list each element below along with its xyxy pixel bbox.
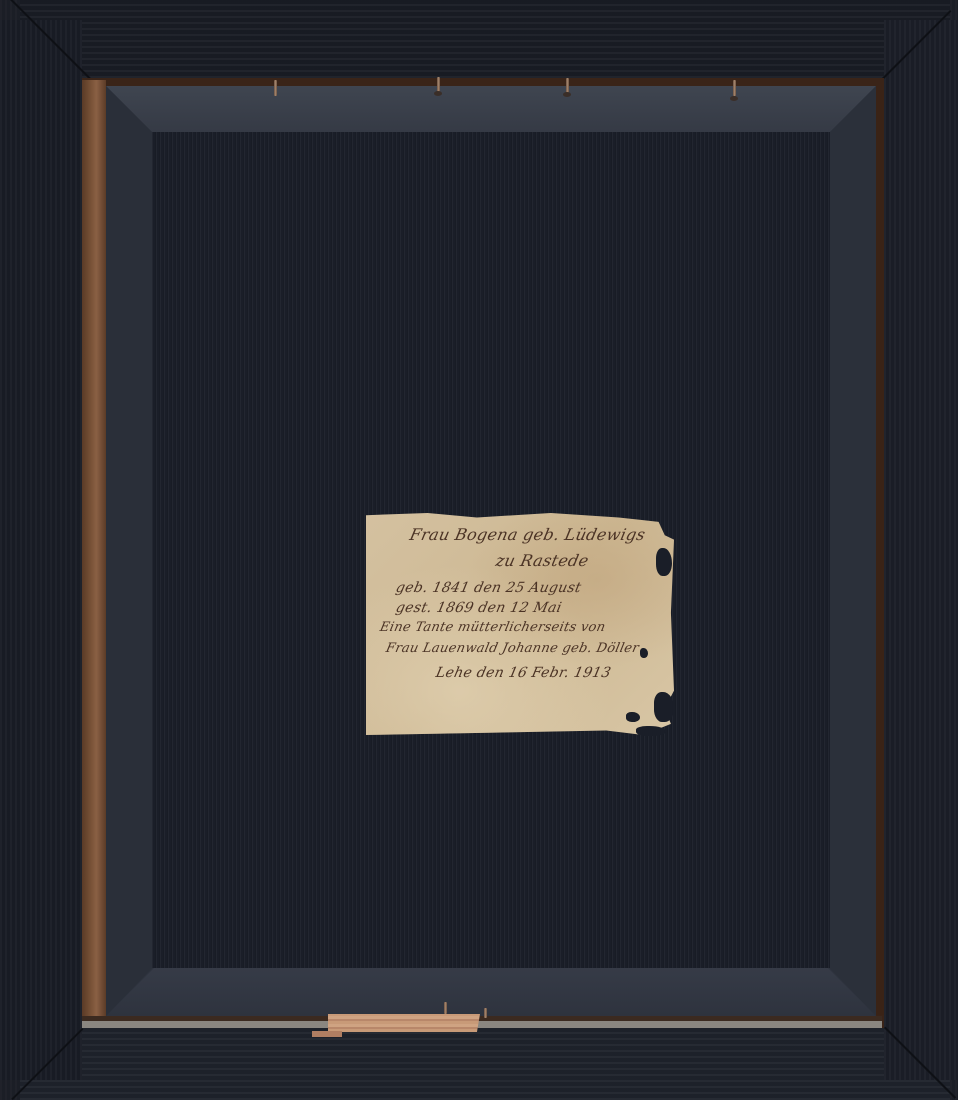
nail-icon (444, 1002, 447, 1014)
label-line-died: gest. 1869 den 12 Mai (394, 600, 563, 616)
frame-rail-top (20, 0, 950, 78)
paper-damage (636, 726, 666, 736)
backing-bevel-right (830, 86, 876, 1016)
paper-damage (640, 648, 648, 658)
paper-damage (654, 692, 674, 722)
nail-icon (484, 1008, 487, 1018)
rebate-raw-wood-left (82, 80, 106, 1025)
nail-icon (274, 80, 277, 96)
backing-bevel-left (106, 86, 152, 1016)
rebate-raw-wood-right (876, 90, 884, 1015)
nail-head (434, 91, 442, 96)
nail-head (563, 92, 571, 97)
wood-shim (328, 1014, 480, 1032)
label-line-relative: Frau Lauenwald Johanne geb. Döller (384, 641, 640, 656)
rebate-bottom-edge (82, 1016, 882, 1028)
wood-chip (312, 1031, 342, 1037)
paper-damage (656, 548, 672, 576)
backing-bevel-top (106, 86, 876, 132)
frame-rail-right (884, 20, 958, 1080)
handwritten-label: Frau Bogena geb. Lüdewigs zu Rastede geb… (366, 513, 674, 735)
label-line-name: Frau Bogena geb. Lüdewigs (408, 525, 647, 544)
backing-bevel-bottom (106, 968, 876, 1016)
framed-artwork-back: Frau Bogena geb. Lüdewigs zu Rastede geb… (0, 0, 958, 1100)
nail-head (730, 96, 738, 101)
label-line-relation: Eine Tante mütterlicherseits von (378, 620, 607, 635)
frame-rail-left (0, 20, 82, 1080)
nail-icon (733, 80, 736, 96)
paper-damage (626, 712, 640, 722)
label-line-born: geb. 1841 den 25 August (394, 580, 582, 596)
label-line-place: zu Rastede (494, 551, 591, 570)
label-line-date: Lehe den 16 Febr. 1913 (434, 665, 612, 681)
frame-rail-bottom (20, 1028, 950, 1100)
